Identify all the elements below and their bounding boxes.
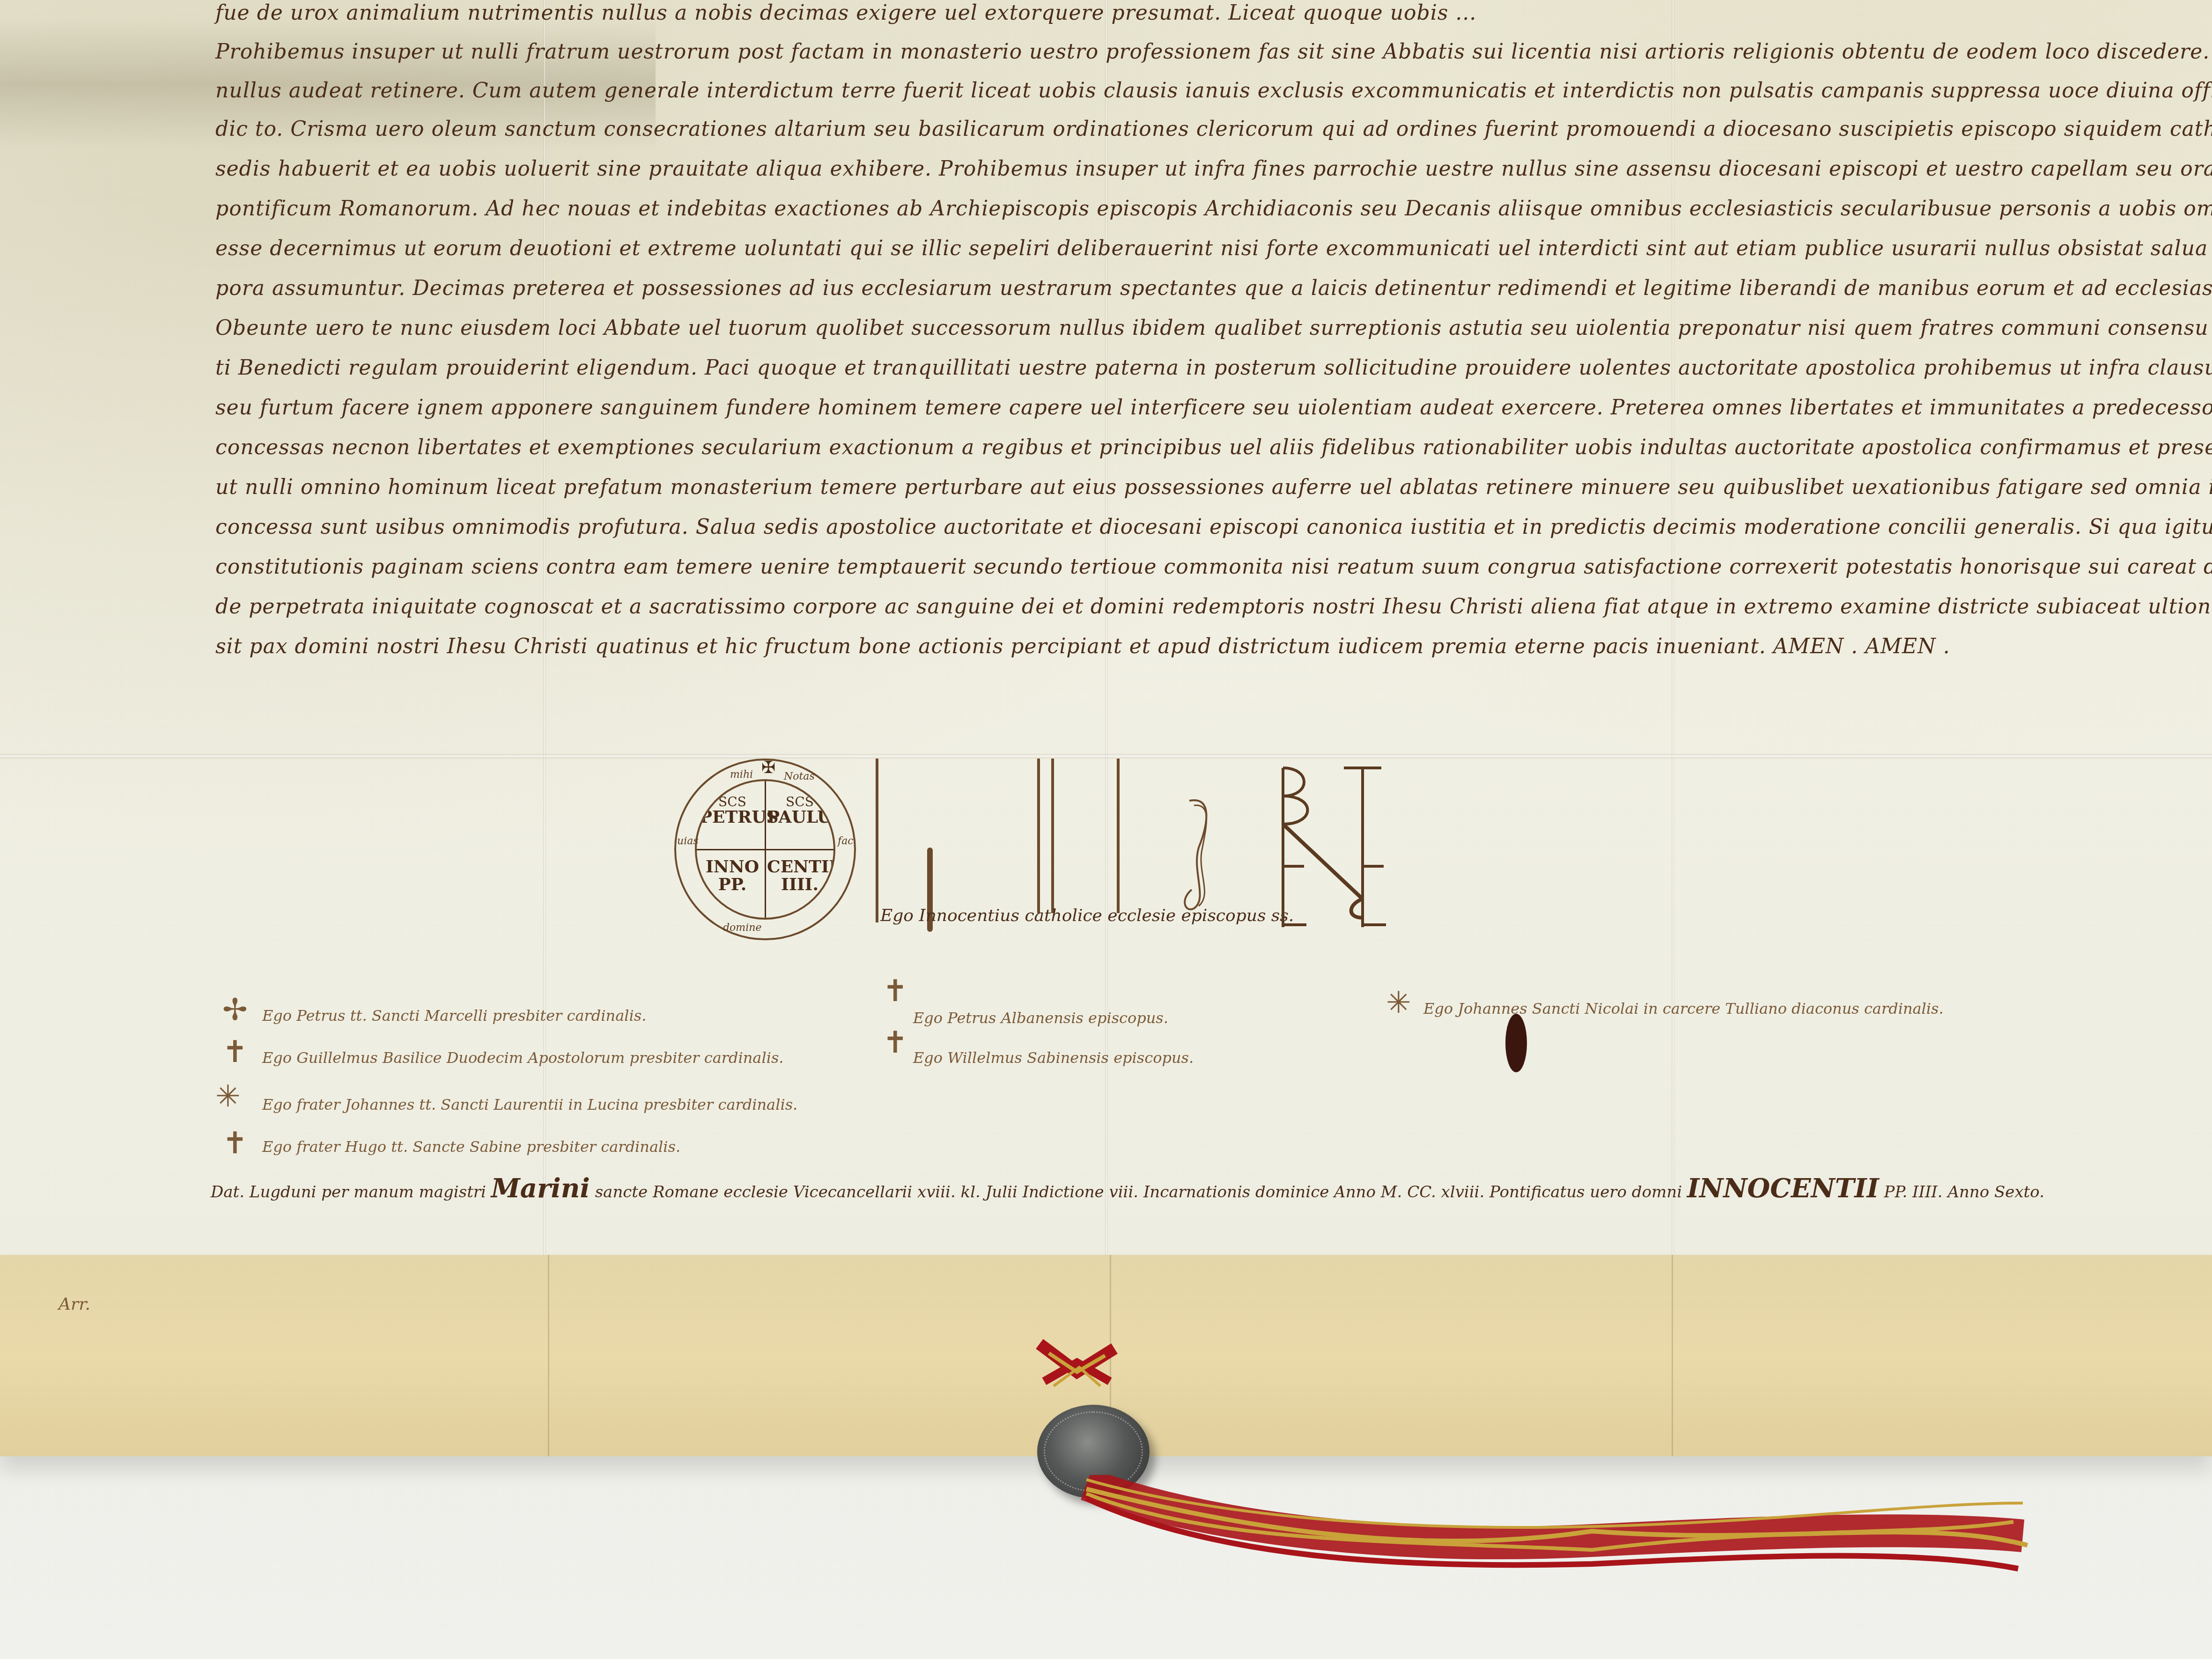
cardinal-subscription: Ego Petrus tt. Sancti Marcelli presbiter… [262,1007,646,1025]
text-line: pontificum Romanorum. Ad hec nouas et in… [215,197,2212,221]
rota-motto: domine [723,922,761,934]
cardinal-subscription: Ego Guillelmus Basilice Duodecim Apostol… [262,1049,783,1067]
text-line: sedis habuerit et ea uobis uoluerit sine… [215,157,2212,181]
rota-motto: Notas [784,771,815,782]
plica-crease [548,1255,549,1456]
cardinal-subscription: Ego frater Johannes tt. Sancti Laurentii… [262,1096,797,1113]
text-line: seu furtum facere ignem apponere sanguin… [215,396,2212,420]
text-line: ti Benedicti regulam prouiderint eligend… [215,356,2212,380]
cross-icon: ✠ [761,758,775,777]
cardinal-subscription: Ego frater Hugo tt. Sancte Sabine presbi… [262,1138,680,1156]
text-line: ut nulli omnino hominum liceat prefatum … [215,475,2212,499]
text-line: de perpetrata iniquitate cognoscat et a … [215,595,2212,619]
rota-motto: fac [838,835,854,847]
rota-quadrant-br: CENTIUSIIII. [767,858,833,894]
rota-cross-horizontal [697,849,833,850]
subscripsi-flourish [1180,796,1217,913]
text-line: concessas necnon libertates et exemption… [215,435,2212,459]
elongated-E-stroke [876,759,878,922]
plica-crease [1672,1255,1673,1456]
cross-icon: ✝ [222,1035,248,1069]
text-line: nullus audeat retinere. Cum autem genera… [215,79,2212,103]
horizontal-fold [0,754,2212,759]
vertical-fold [543,0,546,1264]
rota-motto: mihi [730,769,753,781]
rota-quadrant-tl: SCSPETRUS [700,795,765,826]
text-line: pora assumuntur. Decimas preterea et pos… [215,276,2212,300]
elongated-stroke [1051,759,1054,913]
text-line: concessa sunt usibus omnimodis profutura… [215,515,2212,539]
vertical-fold [1672,0,1674,1264]
dating-clause: Dat. Lugduni per manum magistri Marini s… [211,1173,2044,1204]
rota-inner-circle: SCSPETRUS SCSPAULUS INNOPP. CENTIUSIIII. [695,779,835,920]
silk-cord-knot [1035,1339,1119,1395]
papal-subscription: Ego Innocentius catholice ecclesie episc… [880,906,1294,925]
rota-quadrant-bl: INNOPP. [700,858,765,894]
cross-icon: ✝ [222,1126,248,1161]
rota-quadrant-tr: SCSPAULUS [767,795,833,826]
cardinal-subscription: Ego Willelmus Sabinensis episcopus. [913,1049,1194,1067]
vertical-fold [1105,0,1108,1264]
text-line: fue de urox animalium nutrimentis nullus… [215,1,1476,25]
bene-valete-monogram [1264,759,1414,936]
cardinal-subscription: Ego Johannes Sancti Nicolai in carcere T… [1423,1000,1944,1018]
cross-icon: ✢ [222,993,248,1027]
elongated-stroke [1117,759,1120,913]
text-line: Prohibemus insuper ut nulli fratrum uest… [215,40,2212,64]
text-line: Obeunte uero te nunc eiusdem loci Abbate… [215,316,2212,340]
star-icon: ✳ [1386,986,1411,1020]
text-line: sit pax domini nostri Ihesu Christi quat… [215,634,1950,658]
elongated-stroke [1037,759,1040,913]
silk-cord-tassel [1077,1475,2037,1653]
parchment-sheet: fue de urox animalium nutrimentis nullus… [0,0,2212,1264]
parchment-hole [1505,1014,1527,1072]
text-line: esse decernimus ut eorum deuotioni et ex… [215,236,2212,260]
cross-icon: ✝ [883,1025,908,1060]
cardinal-subscription: Ego Petrus Albanensis episcopus. [913,1009,1168,1027]
papal-rota: ✠ mihi Notas fac domine uias SCSPETRUS S… [674,759,856,940]
cross-icon: ✝ [883,974,908,1009]
star-icon: ✳ [215,1079,241,1114]
plica-annotation: Arr. [59,1295,90,1314]
text-line: constitutionis paginam sciens contra eam… [215,555,2212,579]
text-line: dic to. Crisma uero oleum sanctum consec… [215,117,2212,141]
